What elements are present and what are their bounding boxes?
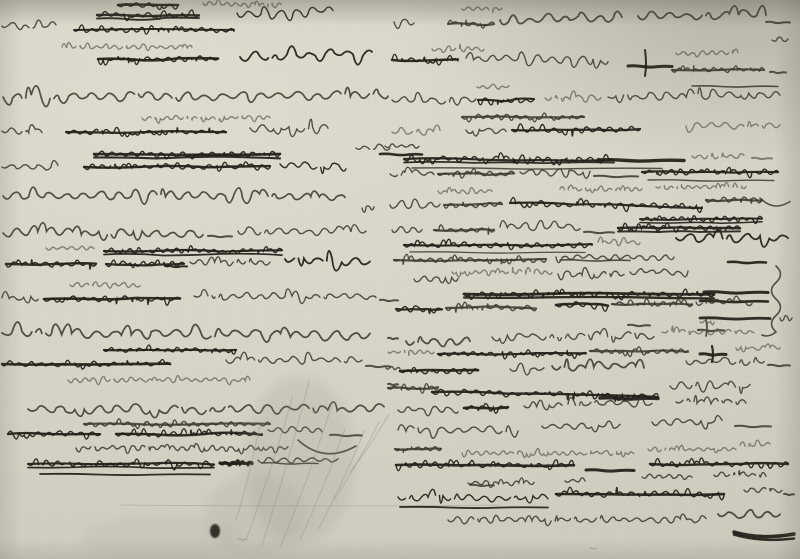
manuscript-page-photo: Photograph of a handwritten manuscript d… bbox=[0, 0, 800, 559]
handwriting-svg bbox=[0, 0, 800, 559]
